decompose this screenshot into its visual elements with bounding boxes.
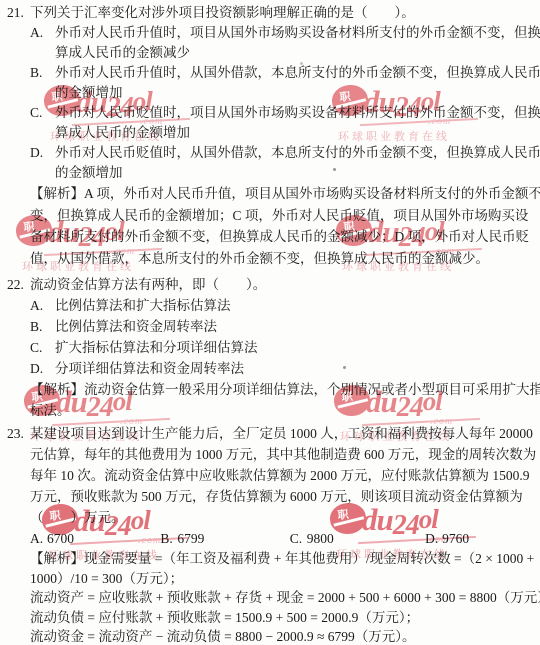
analysis-line: 流动资产 = 应收账款 + 预收账款 + 存货 + 现金 = 2000 + 50…: [30, 588, 540, 608]
analysis-line: 变，但换算成人民币的金额增加；C 项，外币对人民币贬值，项目从国外市场购买设: [30, 205, 540, 227]
option-label: D.: [425, 528, 442, 549]
option-cell: C.9800: [290, 528, 422, 549]
option-label: A.: [30, 295, 55, 316]
option-text: 扩大指标估算法和分项详细估算法: [55, 340, 258, 355]
question-stem: 万元，预收账款为 500 万元，存货估算额为 6000 万元，则该项目流动资金估…: [30, 486, 540, 507]
option-row: A.外币对人民币升值时，项目从国外市场购买设备材料所支付的外币金额不变，但换: [30, 23, 540, 43]
option-value: 6799: [177, 531, 204, 546]
option-row: D.外币对人民币贬值时，从国外借款，本息所支付的外币金额不变，但换算成人民币: [30, 143, 540, 163]
question-stem: 每年 10 次。流动资金估算中应收账款估算额为 2000 万元，应付账款估算额为…: [30, 465, 540, 486]
analysis-line: 值，从国外借款，本息所支付的外币金额不变，但换算成人民币的金额减少。: [30, 248, 540, 270]
analysis-line: 流动资金 = 流动资产 − 流动负债 = 8800 − 2000.9 ≈ 679…: [30, 627, 540, 645]
question-stem: 元估算，每年的其他费用为 1000 万元，其中其他制造费 600 万元，现金的周…: [30, 444, 540, 465]
option-text: 比例估算法和资金周转率法: [55, 319, 217, 334]
option-label: B.: [30, 316, 55, 337]
option-label: A.: [30, 528, 47, 549]
exam-page: 职du24ol.com 环球职业教育在线 职du24ol.com 环球职业教育在…: [0, 0, 540, 645]
option-row: D.分项详细估算法和资金周转率法: [30, 358, 540, 379]
question-stem: 下列关于汇率变化对涉外项目投资额影响理解正确的是（ ）。: [30, 3, 540, 23]
question-23: 23. 某建设项目达到设计生产能力后，全厂定员 1000 人，工资和福利费按每人…: [0, 423, 540, 645]
option-value: 9800: [307, 531, 334, 546]
analysis-line: 【解析】A 项，外币对人民币升值，项目从国外市场购买设备材料所支付的外币金额不: [30, 183, 540, 205]
option-label: B.: [160, 528, 177, 549]
option-cell: D.9760: [425, 528, 469, 549]
choices-row: A.6700 B.6799 C.9800 D.9760: [30, 528, 540, 549]
option-label: B.: [30, 63, 55, 83]
option-text: 外币对人民币贬值时，项目从国外市场购买设备材料所支付的外币金额不变，但换: [55, 105, 540, 120]
option-continuation: 算成人民币的金额增加: [30, 123, 540, 143]
question-stem: 流动资金估算方法有两种，即（ ）。: [30, 274, 540, 295]
document-content: 21. 下列关于汇率变化对涉外项目投资额影响理解正确的是（ ）。 A.外币对人民…: [0, 0, 540, 645]
option-continuation: 算成人民币的金额减少: [30, 43, 540, 63]
analysis-line: 备材料所支付的外币金额不变，但换算成人民币的金额减少；D 项，外币对人民币贬: [30, 226, 540, 248]
option-row: A.比例估算法和扩大指标估算法: [30, 295, 540, 316]
option-label: D.: [30, 143, 55, 163]
option-text: 外币对人民币贬值时，从国外借款，本息所支付的外币金额不变，但换算成人民币: [55, 145, 540, 160]
question-body: 下列关于汇率变化对涉外项目投资额影响理解正确的是（ ）。 A.外币对人民币升值时…: [30, 3, 540, 269]
option-continuation: 的金额增加: [30, 163, 540, 183]
option-row: C.外币对人民币贬值时，项目从国外市场购买设备材料所支付的外币金额不变，但换: [30, 103, 540, 123]
analysis-line: 【解析】流动资金估算一般采用分项详细估算法，个别情况或者小型项目可采用扩大指: [30, 379, 540, 400]
option-text: 比例估算法和扩大指标估算法: [55, 298, 231, 313]
question-number: 21.: [0, 3, 30, 269]
question-body: 某建设项目达到设计生产能力后，全厂定员 1000 人，工资和福利费按每人每年 2…: [30, 423, 540, 645]
option-text: 外币对人民币升值时，从国外借款，本息所支付的外币金额不变，但换算成人民币: [55, 65, 540, 80]
option-cell: B.6799: [160, 528, 286, 549]
question-22: 22. 流动资金估算方法有两种，即（ ）。 A.比例估算法和扩大指标估算法 B.…: [0, 274, 540, 421]
analysis-line: 【解析】现金需要量 =（年工资及福利费 + 年其他费用）/现金周转次数 =（2 …: [30, 549, 540, 569]
option-text: 外币对人民币升值时，项目从国外市场购买设备材料所支付的外币金额不变，但换: [55, 25, 540, 40]
option-value: 9760: [442, 531, 469, 546]
option-row: B.比例估算法和资金周转率法: [30, 316, 540, 337]
option-value: 6700: [47, 531, 74, 546]
analysis-line: 1000）/10 = 300（万元）；: [30, 569, 540, 589]
question-number: 22.: [0, 274, 30, 421]
option-label: D.: [30, 358, 55, 379]
option-cell: A.6700: [30, 528, 157, 549]
question-21: 21. 下列关于汇率变化对涉外项目投资额影响理解正确的是（ ）。 A.外币对人民…: [0, 3, 540, 269]
option-label: C.: [290, 528, 307, 549]
question-number: 23.: [0, 423, 30, 645]
option-text: 分项详细估算法和资金周转率法: [55, 361, 244, 376]
option-label: C.: [30, 337, 55, 358]
question-body: 流动资金估算方法有两种，即（ ）。 A.比例估算法和扩大指标估算法 B.比例估算…: [30, 274, 540, 421]
question-stem: 某建设项目达到设计生产能力后，全厂定员 1000 人，工资和福利费按每人每年 2…: [30, 423, 540, 444]
analysis-line: 标法。: [30, 400, 540, 421]
analysis-line: 流动负债 = 应付账款 + 预收账款 = 1500.9 + 500 = 2000…: [30, 608, 540, 628]
option-continuation: 的金额增加: [30, 83, 540, 103]
question-stem: （ ）万元。: [30, 507, 540, 528]
option-label: C.: [30, 103, 55, 123]
option-row: C.扩大指标估算法和分项详细估算法: [30, 337, 540, 358]
option-row: B.外币对人民币升值时，从国外借款，本息所支付的外币金额不变，但换算成人民币: [30, 63, 540, 83]
option-label: A.: [30, 23, 55, 43]
